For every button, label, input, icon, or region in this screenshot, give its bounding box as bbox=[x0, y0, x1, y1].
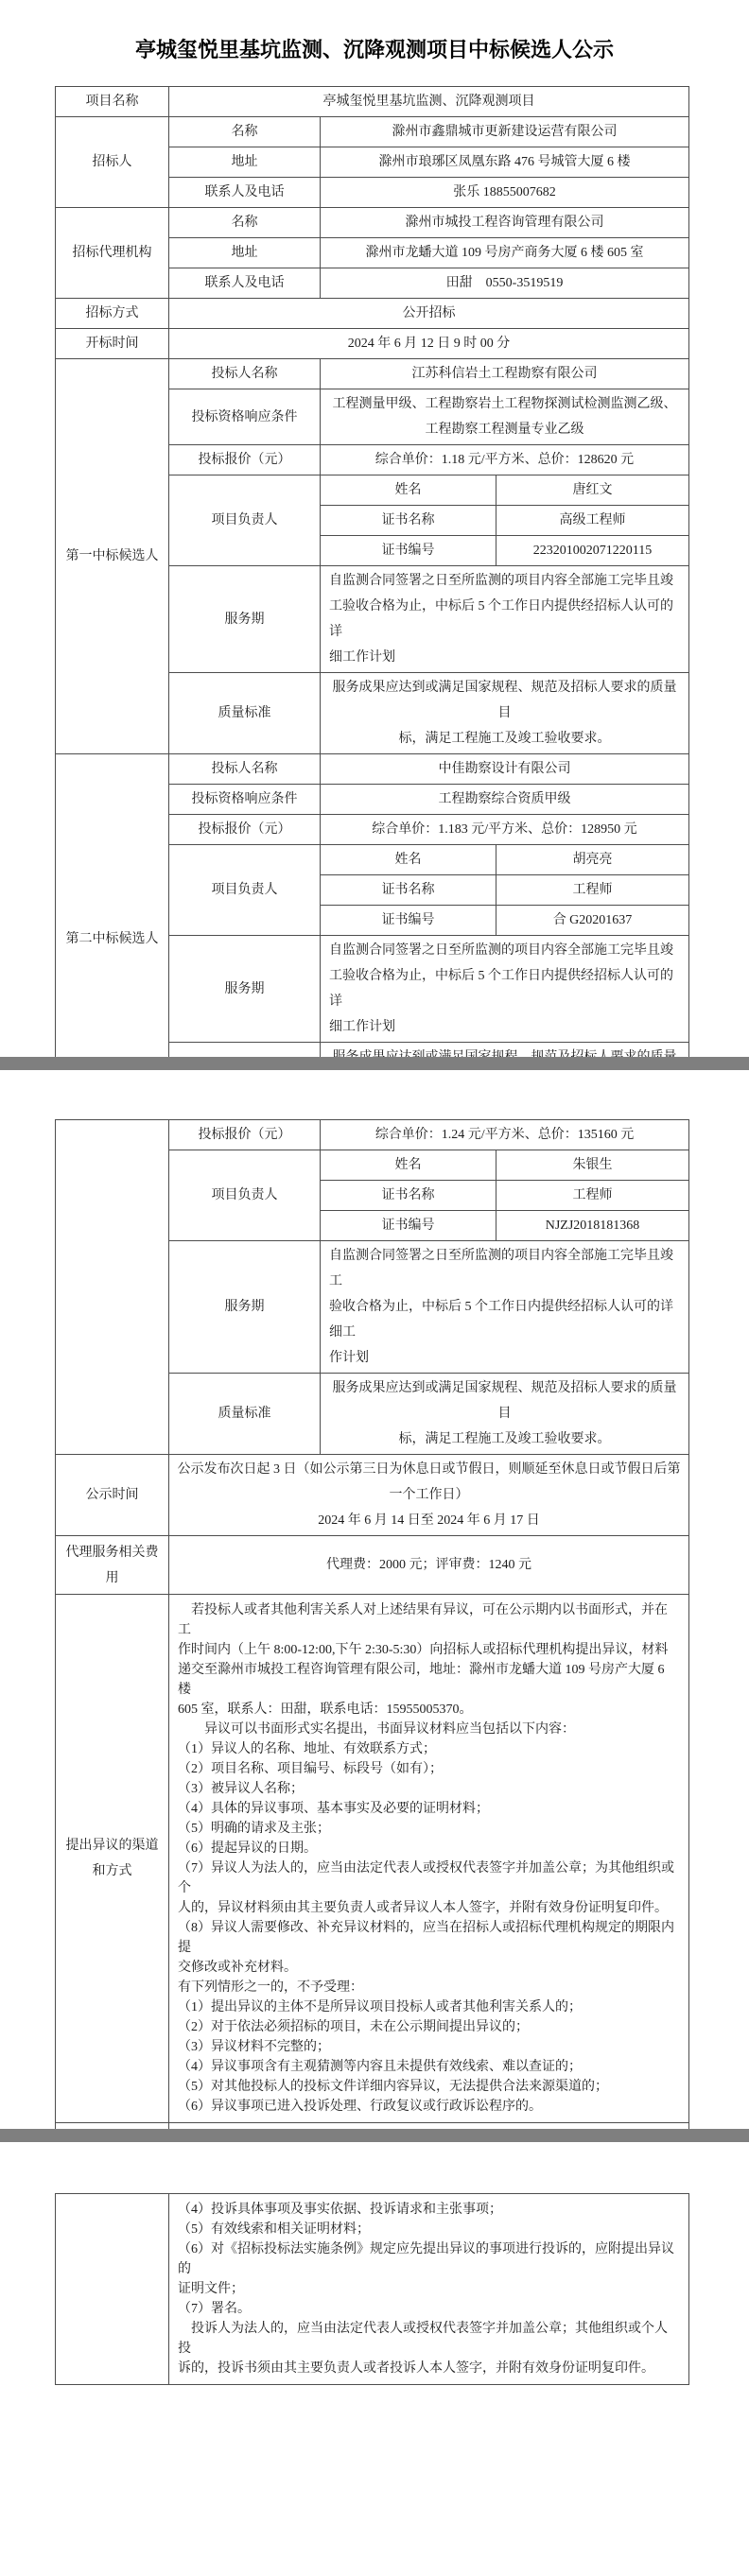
tenderer-contact-value: 张乐 18855007682 bbox=[321, 178, 689, 208]
candidate-2-quality-value: 服务成果应达到或满足国家规程、规范及招标人要求的质量目标，满足工程施工及竣工验收… bbox=[321, 1043, 689, 1058]
cert-no-label: 证书编号 bbox=[321, 906, 496, 936]
tenderer-address-value: 滁州市琅琊区凤凰东路 476 号城管大厦 6 楼 bbox=[321, 147, 689, 178]
person-name-label: 姓名 bbox=[321, 475, 496, 506]
page-divider bbox=[0, 2129, 749, 2142]
candidate-2-cert-name-value: 工程师 bbox=[496, 875, 689, 906]
service-period-label: 服务期 bbox=[169, 566, 321, 673]
candidate-3-price-value: 综合单价：1.24 元/平方米、总价：135160 元 bbox=[321, 1120, 689, 1150]
objection-channel-value: 若投标人或者其他利害关系人对上述结果有异议，可在公示期内以书面形式，并在工作时间… bbox=[169, 1595, 689, 2123]
objection-channel-label: 提出异议的渠道和方式 bbox=[56, 1595, 169, 2123]
candidate-3-service-period-value: 自监测合同签署之日至所监测的项目内容全部施工完毕且竣工验收合格为止，中标后 5 … bbox=[321, 1241, 689, 1374]
contact-label: 联系人及电话 bbox=[169, 178, 321, 208]
notice-title: 亭城玺悦里基坑监测、沉降观测项目中标候选人公示 bbox=[28, 34, 721, 63]
notice-table-page-3: （4）投诉具体事项及事实依据、投诉请求和主张事项；（5）有效线索和相关证明材料；… bbox=[55, 2193, 689, 2385]
project-leader-label: 项目负责人 bbox=[169, 1150, 321, 1241]
complaint-channel-continued-value: （4）投诉具体事项及事实依据、投诉请求和主张事项；（5）有效线索和相关证明材料；… bbox=[169, 2194, 689, 2385]
name-label: 名称 bbox=[169, 117, 321, 147]
notice-page-2: 投标报价（元）综合单价：1.24 元/平方米、总价：135160 元项目负责人姓… bbox=[0, 1070, 749, 2129]
candidate-1-service-period-value: 自监测合同签署之日至所监测的项目内容全部施工完毕且竣工验收合格为止，中标后 5 … bbox=[321, 566, 689, 673]
quality-standard-label: 质量标准 bbox=[169, 673, 321, 754]
table-row: 提起投诉的渠道和方式若投标人或者其他利害关系人对异议处理意见不满意的,可在规定时… bbox=[56, 2123, 689, 2130]
candidate-1-name-value: 江苏科信岩土工程勘察有限公司 bbox=[321, 359, 689, 389]
candidate-1-quality-value: 服务成果应达到或满足国家规程、规范及招标人要求的质量目标，满足工程施工及竣工验收… bbox=[321, 673, 689, 754]
agency-fee-label: 代理服务相关费用 bbox=[56, 1536, 169, 1595]
table-row: 投标报价（元）综合单价：1.24 元/平方米、总价：135160 元 bbox=[56, 1120, 689, 1150]
candidate-1-qualification-value: 工程测量甲级、工程勘察岩土工程物探测试检测监测乙级、工程勘察工程测量专业乙级 bbox=[321, 389, 689, 445]
bid-price-label: 投标报价（元） bbox=[169, 445, 321, 475]
project-name-value: 亭城玺悦里基坑监测、沉降观测项目 bbox=[169, 87, 689, 117]
candidate-2-price-value: 综合单价：1.183 元/平方米、总价：128950 元 bbox=[321, 815, 689, 845]
table-row: 第二中标候选人投标人名称中佳勘察设计有限公司 bbox=[56, 754, 689, 785]
quality-standard-label: 质量标准 bbox=[169, 1374, 321, 1455]
table-row: 项目名称亭城玺悦里基坑监测、沉降观测项目 bbox=[56, 87, 689, 117]
candidate-3-cert-no-value: NJZJ2018181368 bbox=[496, 1211, 689, 1241]
notice-page-1: 亭城玺悦里基坑监测、沉降观测项目中标候选人公示 项目名称亭城玺悦里基坑监测、沉降… bbox=[0, 0, 749, 1057]
agency-name-value: 滁州市城投工程咨询管理有限公司 bbox=[321, 208, 689, 238]
candidate-3-continued-cell bbox=[56, 1120, 169, 1455]
candidate-1-cert-no-value: 223201002071220115 bbox=[496, 536, 689, 566]
project-name-label: 项目名称 bbox=[56, 87, 169, 117]
table-row: （4）投诉具体事项及事实依据、投诉请求和主张事项；（5）有效线索和相关证明材料；… bbox=[56, 2194, 689, 2385]
project-leader-label: 项目负责人 bbox=[169, 475, 321, 566]
candidate-2-label: 第二中标候选人 bbox=[56, 754, 169, 1058]
tenderer-label: 招标人 bbox=[56, 117, 169, 208]
bid-opening-time-label: 开标时间 bbox=[56, 329, 169, 359]
candidate-2-cert-no-value: 合 G20201637 bbox=[496, 906, 689, 936]
address-label: 地址 bbox=[169, 147, 321, 178]
notice-table-page-1: 项目名称亭城玺悦里基坑监测、沉降观测项目招标人名称滁州市鑫鼎城市更新建设运营有限… bbox=[55, 86, 689, 1057]
cert-no-label: 证书编号 bbox=[321, 1211, 496, 1241]
cert-name-label: 证书名称 bbox=[321, 1181, 496, 1211]
table-row: 代理服务相关费用代理费：2000 元；评审费：1240 元 bbox=[56, 1536, 689, 1595]
agency-contact-value: 田甜 0550-3519519 bbox=[321, 268, 689, 299]
candidate-1-cert-name-value: 高级工程师 bbox=[496, 506, 689, 536]
table-row: 公示时间公示发布次日起 3 日（如公示第三日为休息日或节假日，则顺延至休息日或节… bbox=[56, 1455, 689, 1536]
candidate-3-quality-value: 服务成果应达到或满足国家规程、规范及招标人要求的质量目标，满足工程施工及竣工验收… bbox=[321, 1374, 689, 1455]
qualification-label: 投标资格响应条件 bbox=[169, 785, 321, 815]
agency-fee-value: 代理费：2000 元；评审费：1240 元 bbox=[169, 1536, 689, 1595]
bid-price-label: 投标报价（元） bbox=[169, 815, 321, 845]
candidate-2-name-value: 中佳勘察设计有限公司 bbox=[321, 754, 689, 785]
service-period-label: 服务期 bbox=[169, 936, 321, 1043]
candidate-1-leader-name-value: 唐红文 bbox=[496, 475, 689, 506]
table-row: 提出异议的渠道和方式 若投标人或者其他利害关系人对上述结果有异议，可在公示期内以… bbox=[56, 1595, 689, 2123]
publicity-time-value: 公示发布次日起 3 日（如公示第三日为休息日或节假日，则顺延至休息日或节假日后第… bbox=[169, 1455, 689, 1536]
quality-standard-label: 质量标准 bbox=[169, 1043, 321, 1058]
bid-price-label: 投标报价（元） bbox=[169, 1120, 321, 1150]
person-name-label: 姓名 bbox=[321, 1150, 496, 1181]
candidate-1-label: 第一中标候选人 bbox=[56, 359, 169, 754]
service-period-label: 服务期 bbox=[169, 1241, 321, 1374]
contact-label: 联系人及电话 bbox=[169, 268, 321, 299]
notice-page-3: （4）投诉具体事项及事实依据、投诉请求和主张事项；（5）有效线索和相关证明材料；… bbox=[0, 2142, 749, 2576]
name-label: 名称 bbox=[169, 208, 321, 238]
table-row: 第一中标候选人投标人名称江苏科信岩土工程勘察有限公司 bbox=[56, 359, 689, 389]
tender-method-label: 招标方式 bbox=[56, 299, 169, 329]
tenderer-name-value: 滁州市鑫鼎城市更新建设运营有限公司 bbox=[321, 117, 689, 147]
agency-address-value: 滁州市龙蟠大道 109 号房产商务大厦 6 楼 605 室 bbox=[321, 238, 689, 268]
table-row: 开标时间2024 年 6 月 12 日 9 时 00 分 bbox=[56, 329, 689, 359]
cert-name-label: 证书名称 bbox=[321, 506, 496, 536]
complaint-channel-continued-cell bbox=[56, 2194, 169, 2385]
notice-table-page-2: 投标报价（元）综合单价：1.24 元/平方米、总价：135160 元项目负责人姓… bbox=[55, 1119, 689, 2129]
candidate-2-service-period-value: 自监测合同签署之日至所监测的项目内容全部施工完毕且竣工验收合格为止，中标后 5 … bbox=[321, 936, 689, 1043]
bidder-name-label: 投标人名称 bbox=[169, 359, 321, 389]
bid-opening-time-value: 2024 年 6 月 12 日 9 时 00 分 bbox=[169, 329, 689, 359]
tender-method-value: 公开招标 bbox=[169, 299, 689, 329]
table-row: 招标代理机构名称滁州市城投工程咨询管理有限公司 bbox=[56, 208, 689, 238]
table-row: 招标方式公开招标 bbox=[56, 299, 689, 329]
candidate-2-qualification-value: 工程勘察综合资质甲级 bbox=[321, 785, 689, 815]
complaint-channel-label: 提起投诉的渠道和方式 bbox=[56, 2123, 169, 2130]
project-leader-label: 项目负责人 bbox=[169, 845, 321, 936]
candidate-3-cert-name-value: 工程师 bbox=[496, 1181, 689, 1211]
agency-label: 招标代理机构 bbox=[56, 208, 169, 299]
person-name-label: 姓名 bbox=[321, 845, 496, 875]
publicity-time-label: 公示时间 bbox=[56, 1455, 169, 1536]
page-divider bbox=[0, 1057, 749, 1070]
complaint-channel-value: 若投标人或者其他利害关系人对异议处理意见不满意的,可在规定时间内向滁州市城投工程… bbox=[169, 2123, 689, 2130]
bidder-name-label: 投标人名称 bbox=[169, 754, 321, 785]
qualification-label: 投标资格响应条件 bbox=[169, 389, 321, 445]
candidate-1-price-value: 综合单价：1.18 元/平方米、总价：128620 元 bbox=[321, 445, 689, 475]
cert-no-label: 证书编号 bbox=[321, 536, 496, 566]
candidate-2-leader-name-value: 胡亮亮 bbox=[496, 845, 689, 875]
table-row: 招标人名称滁州市鑫鼎城市更新建设运营有限公司 bbox=[56, 117, 689, 147]
cert-name-label: 证书名称 bbox=[321, 875, 496, 906]
candidate-3-leader-name-value: 朱银生 bbox=[496, 1150, 689, 1181]
address-label: 地址 bbox=[169, 238, 321, 268]
